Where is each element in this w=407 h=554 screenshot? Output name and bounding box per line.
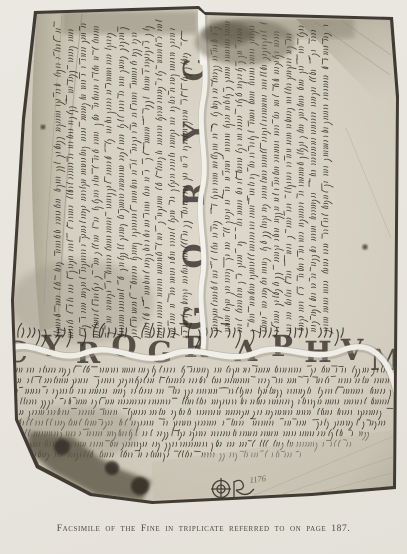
- photo-vignette: [0, 0, 407, 520]
- book-page: CYROGRAPHVM CYROG: [0, 0, 407, 554]
- facsimile-photo: CYROGRAPHVM CYROG: [0, 0, 407, 554]
- caption: Facsimile of the Fine in triplicate refe…: [0, 524, 407, 534]
